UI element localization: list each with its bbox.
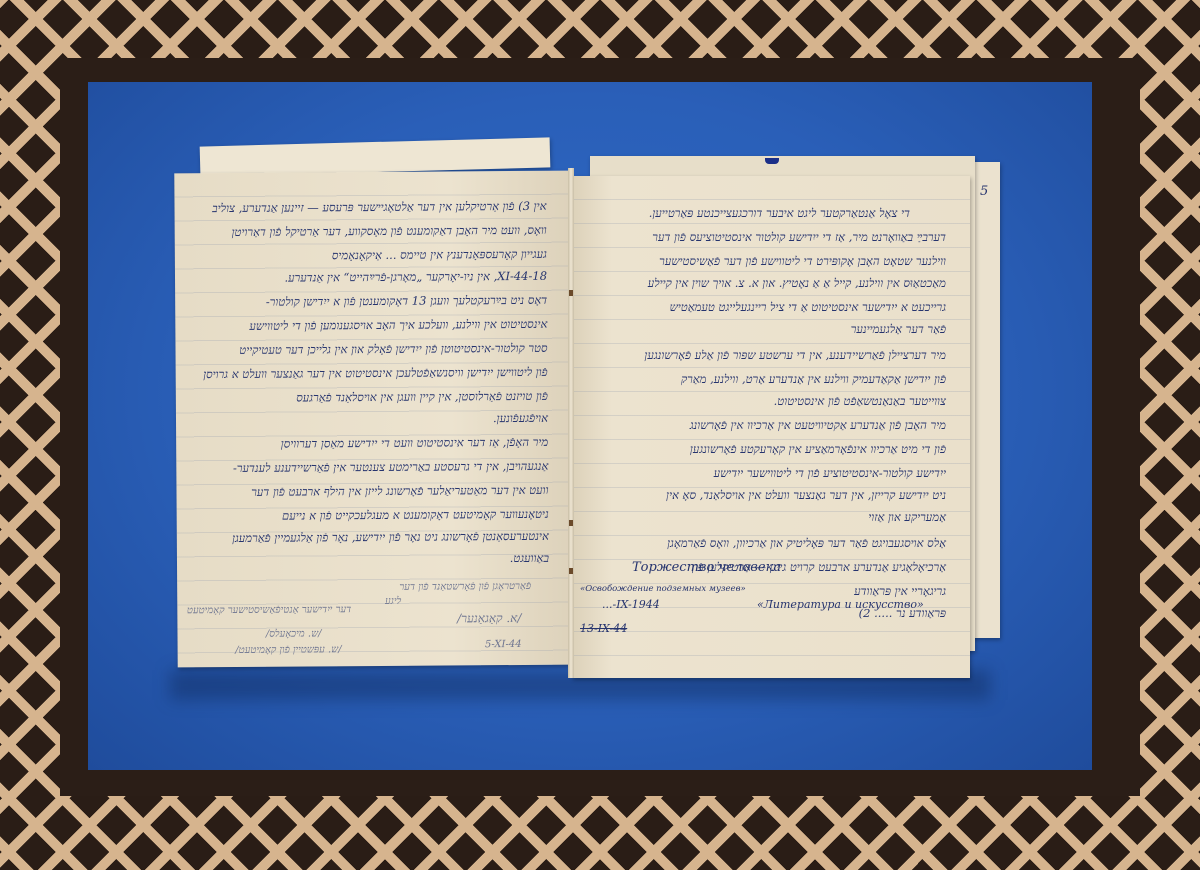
- manuscript-line: אויפֿגעפֿונען.: [493, 411, 548, 425]
- manuscript-line: גרייכעט א ייִדישער אינסטיטוט אַ די ציל ר…: [670, 300, 946, 314]
- staple: [569, 520, 573, 526]
- manuscript-line: פֿאַר דער אַלגעמיינער: [851, 322, 946, 336]
- committee-signature: /ש. מיכאָעלס/: [266, 628, 322, 639]
- manuscript-line: ייִדישע קולטור-אינסטיטוציע פֿון די ליטוו…: [714, 466, 946, 480]
- struck-date: 13-IX-44: [580, 622, 627, 635]
- right-manuscript-page: די צאָל אַנטאַרקטער ליגט איבער דורכגעציי…: [572, 176, 970, 678]
- manuscript-line: באַוועגט.: [510, 551, 549, 565]
- manuscript-line: ניטאָנעווער קאָמיטעט דאָקומענט א מעגלעכק…: [282, 507, 549, 523]
- manuscript-line: ניט ייִדישע קרייזן, אין דער גאַנצער וועל…: [666, 488, 946, 502]
- manuscript-line: מיר האָבן פֿון אַנדערע אַקטיוויטעט אין א…: [690, 418, 946, 432]
- manuscript-line: צווייטער באַנאַנטשאַפֿט פֿון אינסטיטוט.: [774, 394, 946, 408]
- signature-note: פֿאַרטראָגן פֿון פֿאָרשטאַנד פֿון דער: [399, 581, 531, 593]
- manuscript-line: אַנגעהויבן, אין די גרעסטע באַרימטע צענטע…: [233, 459, 549, 475]
- manuscript-line: געגייון קאָרעספּאָנדענץ אין טיימס ... אַ…: [332, 247, 547, 263]
- manuscript-line: אַלס אויסגעבויגט פֿאַר דער פּאָליטיק און…: [667, 536, 946, 550]
- manuscript-line: מאַכטאַוּס אין ווילנע, קייל אַ אַ נאָטיץ…: [648, 276, 946, 290]
- manuscript-line: מיר דערציילן פֿאַרשיידענע, אין די ערשטע …: [644, 348, 946, 362]
- manuscript-line: וואָס, וועט מיר האָבן דאַקומענט פֿון מאָ…: [232, 223, 547, 239]
- date-fragment: ...-IX-1944: [602, 598, 660, 611]
- manuscript-line: ווילנער שטאָט האָבן אָקופּירט די ליטוויש…: [659, 254, 946, 268]
- manuscript-line: פֿון ייִדישן אַקאַדעמיק ווילנע אין אַנדע…: [681, 372, 946, 386]
- manuscript-line: פֿון טויזנט פֿאַרלוסטן, אין קיין וועגן א…: [296, 389, 548, 405]
- russian-title-osvobozhdenie: «Освобождение подземных музеев»: [580, 584, 746, 594]
- notebook-spine: [568, 168, 574, 678]
- committee-signature-2: /ש. עפּשטיין פֿון קאָמיטעט/: [235, 644, 341, 656]
- blue-tab-marker: [765, 158, 779, 164]
- manuscript-line: אין 3) פֿון אַרטיקלען אין דער אַלטאָגייש…: [212, 199, 547, 215]
- manuscript-line: פֿון ליטווישן ייִדישן וויסנשאַפֿטלעכן אי…: [203, 365, 548, 381]
- manuscript-line: מיר האָפֿן, אַז דער אינסטיטוט וועט די יי…: [281, 435, 548, 451]
- russian-title-torzhestvo: Торжество человека: [632, 560, 781, 575]
- signature: /א. קאַגאַנער/: [457, 611, 521, 626]
- manuscript-line: אינסטיטוט אין ווילנע, וועלכע איך האָב או…: [249, 317, 547, 333]
- signature-date: 5-XI-44: [485, 639, 522, 650]
- manuscript-line: סטר קולטור-אינסטיטוטן פֿון ייִדישן פֿאָל…: [239, 341, 547, 357]
- manuscript-line: וועט אין דער מאַטעריאַלער פֿאָרשונג לייז…: [251, 483, 548, 499]
- left-manuscript-page: אין 3) פֿון אַרטיקלען אין דער אַלטאָגייש…: [174, 171, 571, 668]
- page-number: 5: [980, 184, 988, 199]
- manuscript-line: דאָס ניט בײַרעקטלעך וועגן 13 דאָקומענטן …: [266, 293, 547, 309]
- manuscript-line: די צאָל אַנטאַרקטער ליגט איבער דורכגעציי…: [649, 206, 910, 220]
- manuscript-line: אינטערעסאַנטן פֿאָרשונג ניט נאָר פֿון יי…: [232, 529, 549, 545]
- manuscript-line: דערבײַ באַוואָרנט מיר, אַז די ייִדישע קו…: [652, 230, 946, 244]
- russian-newspaper-title: «Литература и искусство»: [757, 598, 924, 611]
- staple: [569, 290, 573, 296]
- manuscript-line: 18-XI-44, אין ניו-יאָרקער „מאָרגן-פֿרײַה…: [284, 269, 547, 285]
- signature-note-sub: ליגע: [385, 596, 401, 607]
- committee-note: דער ייִדישער אַנטיפֿאַשיסטישער קאָמיטעט: [187, 604, 352, 616]
- manuscript-line: גריגאָריי אין פּראַוודע: [854, 584, 946, 598]
- staple: [569, 568, 573, 574]
- manuscript-line: פֿון די מיט אַרכיוו אינפֿאָרמאַציע אין ק…: [690, 442, 946, 456]
- manuscript-line: אַמעריקע און אַזוי: [868, 510, 946, 524]
